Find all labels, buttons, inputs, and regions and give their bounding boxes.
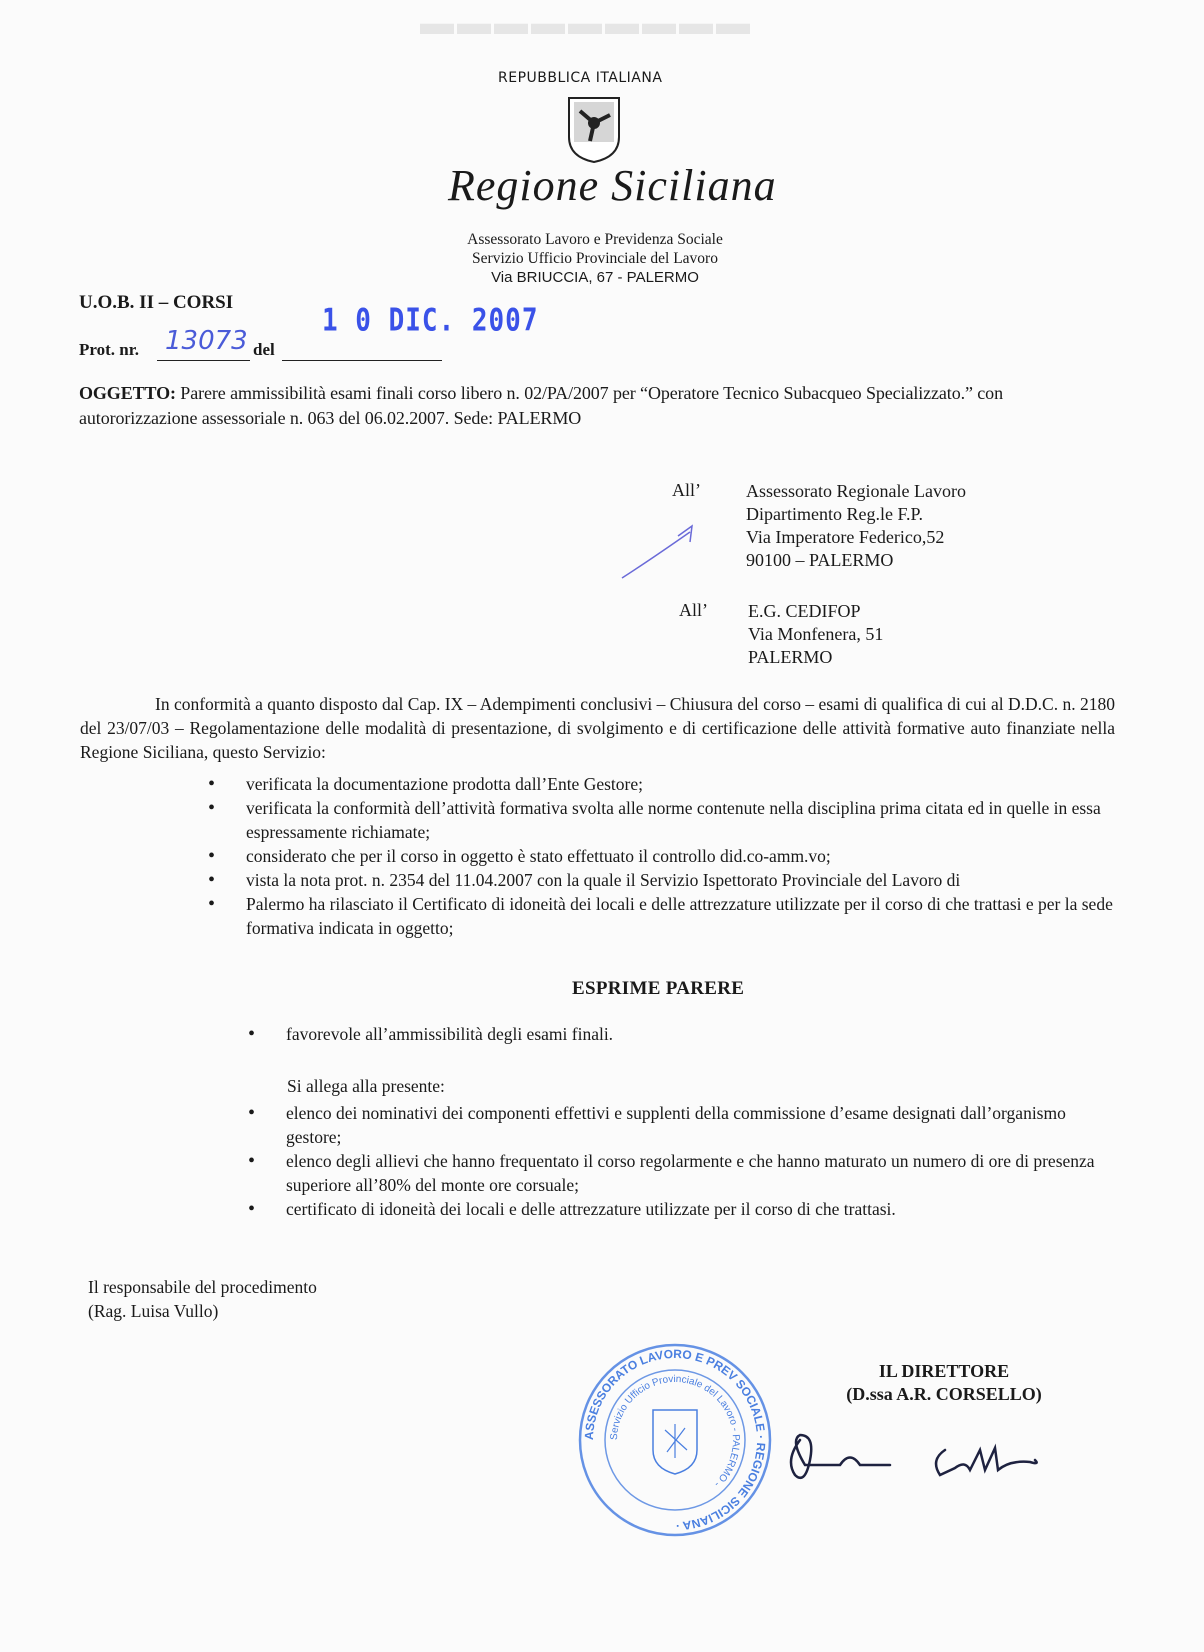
list-item: Palermo ha rilasciato il Certificato di …: [208, 892, 1118, 940]
list-item: verificata la documentazione prodotta da…: [208, 772, 1118, 796]
subject-label: OGGETTO:: [79, 383, 176, 403]
del-label: del: [253, 340, 275, 360]
director-block: IL DIRETTORE (D.ssa A.R. CORSELLO): [824, 1360, 1064, 1406]
intro-paragraph: In conformità a quanto disposto dal Cap.…: [80, 692, 1115, 764]
opinion-list: favorevole all’ammissibilità degli esami…: [248, 1022, 1108, 1046]
address-line: PALERMO: [748, 646, 883, 669]
address-line: Assessorato Regionale Lavoro: [746, 480, 966, 503]
office-line: Servizio Ufficio Provinciale del Lavoro: [430, 249, 760, 268]
official-stamp-icon: ASSESSORATO LAVORO E PREV SOCIALE · REGI…: [575, 1340, 775, 1540]
list-item: considerato che per il corso in oggetto …: [208, 844, 1118, 868]
handwritten-arrow-mark: [620, 520, 700, 580]
list-item: certificato di idoneità dei locali e del…: [248, 1197, 1108, 1221]
address-line: Via Monfenera, 51: [748, 623, 883, 646]
list-item: elenco dei nominativi dei componenti eff…: [248, 1101, 1108, 1149]
date-line: [282, 360, 442, 361]
subject-text: Parere ammissibilità esami finali corso …: [79, 383, 1003, 428]
region-name-script: Regione Siciliana: [448, 160, 777, 211]
director-name: (D.ssa A.R. CORSELLO): [824, 1383, 1064, 1406]
address-line: E.G. CEDIFOP: [748, 600, 883, 623]
recipient-prefix: All’: [679, 600, 708, 621]
procedure-manager-name: (Rag. Luisa Vullo): [88, 1299, 317, 1323]
procedure-manager: Il responsabile del procedimento (Rag. L…: [88, 1275, 317, 1323]
recipient-address: Assessorato Regionale Lavoro Dipartiment…: [746, 480, 966, 572]
trinacria-shield-icon: [566, 95, 622, 165]
procedure-manager-title: Il responsabile del procedimento: [88, 1275, 317, 1299]
attachments-label: Si allega alla presente:: [287, 1076, 445, 1097]
office-line: Via BRIUCCIA, 67 - PALERMO: [430, 268, 760, 287]
list-item: elenco degli allievi che hanno frequenta…: [248, 1149, 1108, 1197]
republic-heading: REPUBBLICA ITALIANA: [498, 70, 662, 86]
address-line: Via Imperatore Federico,52: [746, 526, 966, 549]
director-title: IL DIRETTORE: [824, 1360, 1064, 1383]
intro-text: In conformità a quanto disposto dal Cap.…: [80, 694, 1115, 762]
prot-number-line: [157, 360, 250, 361]
opinion-heading: ESPRIME PARERE: [572, 978, 744, 1000]
attachments-list: elenco dei nominativi dei componenti eff…: [248, 1101, 1108, 1221]
office-address: Assessorato Lavoro e Previdenza Sociale …: [430, 230, 760, 287]
subject: OGGETTO: Parere ammissibilità esami fina…: [79, 381, 1039, 431]
considerations-list: verificata la documentazione prodotta da…: [208, 772, 1118, 940]
unit-label: U.O.B. II – CORSI: [79, 292, 233, 314]
address-line: Dipartimento Reg.le F.P.: [746, 503, 966, 526]
prot-number-handwritten: 13073: [165, 326, 248, 356]
recipient-prefix: All’: [672, 480, 701, 501]
list-item: vista la nota prot. n. 2354 del 11.04.20…: [208, 868, 1118, 892]
list-item: verificata la conformità dell’attività f…: [208, 796, 1118, 844]
bleed-through-text: ▬▬▬▬▬▬▬▬▬: [420, 4, 753, 43]
recipient-address: E.G. CEDIFOP Via Monfenera, 51 PALERMO: [748, 600, 883, 669]
prot-label: Prot. nr.: [79, 340, 139, 360]
date-stamp: 1 0 DIC. 2007: [322, 303, 539, 339]
director-signature: [780, 1420, 1070, 1490]
office-line: Assessorato Lavoro e Previdenza Sociale: [430, 230, 760, 249]
address-line: 90100 – PALERMO: [746, 549, 966, 572]
list-item: favorevole all’ammissibilità degli esami…: [248, 1022, 1108, 1046]
